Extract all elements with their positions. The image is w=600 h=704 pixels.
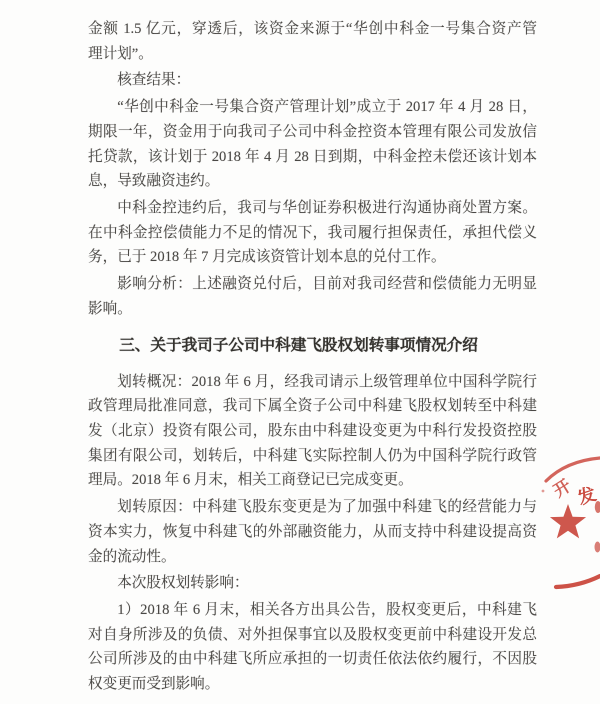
paragraph: 1）2018 年 6 月末，相关各方出具公告，股权变更后，中科建飞对自身所涉及的… <box>88 598 537 697</box>
text-line: 金的流动性。 <box>88 545 537 570</box>
text-line: 三、关于我司子公司中科建飞股权划转事项情况介绍 <box>88 334 537 359</box>
paragraph: 影响分析：上述融资兑付后，目前对我司经营和偿债能力无明显影响。 <box>88 272 537 321</box>
text-line: 1）2018 年 6 月末，相关各方出具公告，股权变更后，中科建飞 <box>88 598 537 623</box>
official-seal: 开 发 <box>532 455 600 595</box>
text-line: 资本实力，恢复中科建飞的外部融资能力，从而支持中科建设提高资 <box>88 520 537 545</box>
text-line: 本次股权划转影响： <box>88 571 537 596</box>
text-line: 中科金控违约后，我司与华创证券积极进行沟通协商处置方案。 <box>88 196 537 221</box>
paragraph: 划转概况：2018 年 6 月，经我司请示上级管理单位中国科学院行政管理局批准同… <box>88 370 537 494</box>
text-line: 权变更而受到影响。 <box>88 672 537 697</box>
paragraph: 核查结果： <box>88 68 537 93</box>
text-line: 金额 1.5 亿元，穿透后，该资金来源于“华创中科金一号集合资产管 <box>88 17 537 42</box>
section-heading: 三、关于我司子公司中科建飞股权划转事项情况介绍 <box>88 334 537 359</box>
paragraph: 本次股权划转影响： <box>88 571 537 596</box>
text-line: 公司所涉及的由中科建飞所应承担的一切责任依法依约履行，不因股 <box>88 647 537 672</box>
text-line: 理局。2018 年 6 月末，相关工商登记已完成变更。 <box>88 468 537 493</box>
text-line: 划转原因：中科建飞股东变更是为了加强中科建飞的经营能力与 <box>88 495 537 520</box>
seal-partial-mark <box>595 501 600 513</box>
paragraph: 中科金控违约后，我司与华创证券积极进行沟通协商处置方案。在中科金控偿债能力不足的… <box>88 196 537 270</box>
document-text: 金额 1.5 亿元，穿透后，该资金来源于“华创中科金一号集合资产管理计划”。核查… <box>88 17 537 697</box>
paragraph: 划转原因：中科建飞股东变更是为了加强中科建飞的经营能力与资本实力，恢复中科建飞的… <box>88 495 537 569</box>
seal-text-char: 发 <box>574 483 599 509</box>
text-line: 期限一年，资金用于向我司子公司中科金控资本管理有限公司发放信 <box>88 120 537 145</box>
text-line: “华创中科金一号集合资产管理计划”成立于 2017 年 4 月 28 日， <box>88 95 537 120</box>
star-icon <box>550 504 586 538</box>
text-line: 务，已于 2018 年 7 月完成该资管计划本息的兑付工作。 <box>88 245 537 270</box>
text-line: 政管理局批准同意，我司下属全资子公司中科建飞股权划转至中科建 <box>88 394 537 419</box>
text-line: 划转概况：2018 年 6 月，经我司请示上级管理单位中国科学院行 <box>88 370 537 395</box>
text-line: 理计划”。 <box>88 42 537 67</box>
text-line: 息，导致融资违约。 <box>88 169 537 194</box>
seal-border-bottom-arc <box>556 576 600 587</box>
paragraph: “华创中科金一号集合资产管理计划”成立于 2017 年 4 月 28 日，期限一… <box>88 95 537 194</box>
text-line: 核查结果： <box>88 68 537 93</box>
text-line: 发（北京）投资有限公司，股东由中科建设变更为中科行发投资控股 <box>88 419 537 444</box>
text-line: 集团有限公司，划转后，中科建飞实际控制人仍为中国科学院行政管 <box>88 444 537 469</box>
document-page: 金额 1.5 亿元，穿透后，该资金来源于“华创中科金一号集合资产管理计划”。核查… <box>0 0 600 704</box>
text-line: 影响分析：上述融资兑付后，目前对我司经营和偿债能力无明显 <box>88 272 537 297</box>
seal-partial-mark <box>542 490 545 493</box>
text-line: 托贷款，该计划于 2018 年 4 月 28 日到期，中科金控未偿还该计划本 <box>88 145 537 170</box>
seal-partial-mark <box>595 542 600 553</box>
text-line: 对自身所涉及的负债、对外担保事宜以及股权变更前中科建设开发总 <box>88 623 537 648</box>
seal-text-char: 开 <box>550 476 574 501</box>
text-line: 在中科金控偿债能力不足的情况下，我司履行担保责任，承担代偿义 <box>88 221 537 246</box>
text-line: 影响。 <box>88 297 537 322</box>
paragraph: 金额 1.5 亿元，穿透后，该资金来源于“华创中科金一号集合资产管理计划”。 <box>88 17 537 66</box>
seal-border-top-arc <box>546 458 600 481</box>
